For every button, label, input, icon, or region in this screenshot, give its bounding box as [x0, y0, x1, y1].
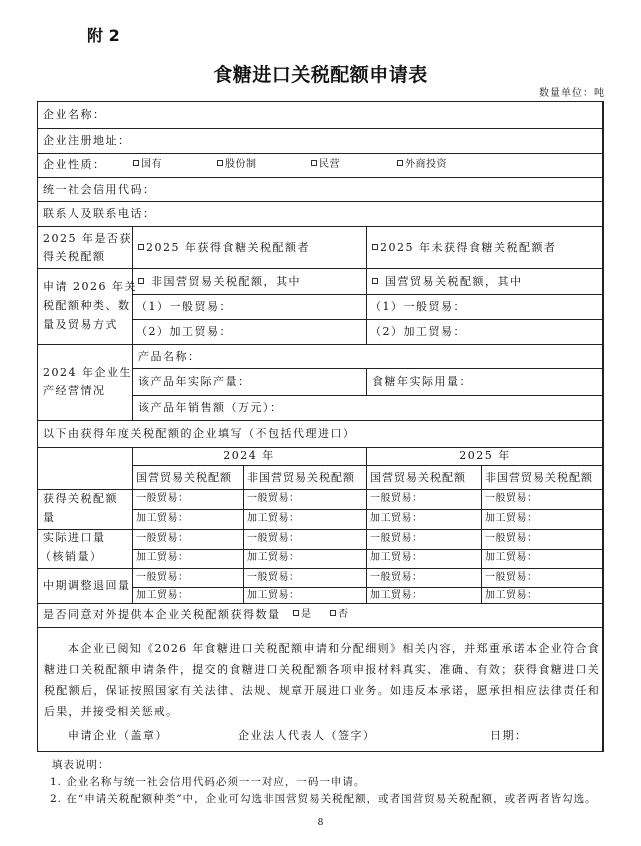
- note-item: 2. 在“申请关税配额种类”中，企业可勾选非国营贸易关税配额，或者国营贸易关税配…: [50, 791, 597, 806]
- obtained-quota-label: 获得关税配额: [43, 493, 118, 504]
- column-header: 非国营贸易关税配额: [247, 472, 355, 483]
- disclosure-yes-option[interactable]: 是: [293, 610, 312, 620]
- return-processing-cell[interactable]: 加工贸易：: [370, 591, 423, 601]
- return-general-cell[interactable]: 一般贸易：: [247, 573, 300, 583]
- row-divider: [37, 489, 604, 490]
- checkbox[interactable]: [372, 244, 378, 250]
- column-header: 国营贸易关税配额: [136, 472, 232, 483]
- apply-2026-label: 申请 2026 年关: [43, 281, 137, 292]
- checkbox[interactable]: [138, 244, 144, 250]
- actual-import-label: 实际进口量: [43, 532, 106, 543]
- row-divider: [37, 153, 604, 154]
- annual-sales-field[interactable]: 该产品年销售额（万元）：: [138, 402, 283, 413]
- nature-option-state-owned[interactable]: 国有: [133, 160, 162, 170]
- column-divider: [132, 226, 133, 420]
- annex-label: 附 2: [87, 23, 120, 46]
- date-label: 日期：: [490, 730, 528, 741]
- quota-2025-label-2: 得关税配额: [43, 251, 106, 262]
- credit-code-field[interactable]: 统一社会信用代码：: [43, 184, 156, 195]
- row-divider: [37, 627, 604, 628]
- row-divider: [132, 549, 604, 550]
- non-state-quota-option[interactable]: 非国营贸易关税配额，其中: [138, 276, 301, 287]
- return-processing-cell[interactable]: 加工贸易：: [485, 591, 538, 601]
- non-state-general-field[interactable]: （1）一般贸易：: [136, 301, 232, 312]
- return-processing-cell[interactable]: 加工贸易：: [136, 591, 189, 601]
- row-divider: [37, 568, 604, 569]
- row-divider: [132, 587, 604, 588]
- checkbox[interactable]: [311, 160, 317, 166]
- row-divider: [37, 344, 604, 345]
- row-divider: [37, 128, 604, 129]
- note-item: 1. 企业名称与统一社会信用代码必须一一对应，一码一申请。: [50, 774, 365, 789]
- row-divider: [37, 226, 604, 227]
- checkbox[interactable]: [293, 610, 299, 616]
- checkbox[interactable]: [330, 610, 336, 616]
- import-general-cell[interactable]: 一般贸易：: [136, 534, 189, 544]
- company-name-field[interactable]: 企业名称：: [43, 109, 106, 120]
- obtained-general-cell[interactable]: 一般贸易：: [247, 494, 300, 504]
- quota-2025-yes-option[interactable]: 2025 年获得食糖关税配额者: [138, 242, 310, 253]
- import-processing-cell[interactable]: 加工贸易：: [247, 553, 300, 563]
- obtained-processing-cell[interactable]: 加工贸易：: [247, 514, 300, 524]
- nature-option-joint-stock[interactable]: 股份制: [217, 160, 257, 170]
- nature-option-foreign[interactable]: 外商投资: [397, 160, 447, 170]
- actual-output-field[interactable]: 该产品年实际产量：: [138, 376, 251, 387]
- quota-2025-no-option[interactable]: 2025 年未获得食糖关税配额者: [372, 242, 557, 253]
- row-divider: [132, 509, 604, 510]
- disclosure-no-option[interactable]: 否: [330, 610, 349, 620]
- actual-import-label-2: （核销量）: [40, 551, 103, 562]
- return-processing-cell[interactable]: 加工贸易：: [247, 591, 300, 601]
- sugar-usage-field[interactable]: 食糖年实际用量：: [372, 376, 472, 387]
- obtained-quota-label-2: 量: [43, 512, 56, 523]
- apply-2026-label-2: 税配额种类、数: [43, 300, 131, 311]
- row-divider: [37, 177, 604, 178]
- midterm-return-label: 中期调整退回量: [43, 580, 131, 591]
- notes-heading: 填表说明：: [52, 757, 110, 772]
- company-seal-label: 申请企业（盖章）: [68, 730, 168, 741]
- column-divider: [243, 465, 244, 603]
- column-header: 国营贸易关税配额: [370, 472, 466, 483]
- row-divider: [37, 603, 604, 604]
- column-divider: [481, 465, 482, 603]
- row-divider: [132, 465, 604, 466]
- state-quota-option[interactable]: 国营贸易关税配额，其中: [372, 276, 523, 287]
- column-divider: [366, 447, 367, 603]
- return-general-cell[interactable]: 一般贸易：: [485, 573, 538, 583]
- page-title: 食糖进口关税配额申请表: [0, 60, 641, 87]
- checkbox[interactable]: [217, 160, 223, 166]
- import-general-cell[interactable]: 一般贸易：: [370, 534, 423, 544]
- row-divider: [132, 319, 604, 320]
- checkbox[interactable]: [133, 160, 139, 166]
- import-processing-cell[interactable]: 加工贸易：: [136, 553, 189, 563]
- page-number: 8: [0, 818, 641, 828]
- import-processing-cell[interactable]: 加工贸易：: [370, 553, 423, 563]
- quota-2025-label: 2025 年是否获: [43, 233, 132, 244]
- production-2024-label: 2024 年企业生: [43, 367, 132, 378]
- state-general-field[interactable]: （1）一般贸易：: [370, 301, 466, 312]
- registered-address-field[interactable]: 企业注册地址：: [43, 135, 131, 146]
- row-divider: [37, 201, 604, 202]
- commitment-paragraph: 本企业已阅知《2026 年食糖进口关税配额申请和分配细则》相关内容，并郑重承诺本…: [44, 638, 600, 722]
- obtained-general-cell[interactable]: 一般贸易：: [370, 494, 423, 504]
- checkbox[interactable]: [372, 278, 378, 284]
- column-divider: [366, 226, 367, 344]
- column-divider: [132, 447, 133, 603]
- column-header: 非国营贸易关税配额: [485, 472, 593, 483]
- checkbox[interactable]: [397, 160, 403, 166]
- row-divider: [37, 420, 604, 421]
- apply-2026-label-3: 量及贸易方式: [43, 319, 118, 330]
- row-divider: [37, 447, 604, 448]
- production-2024-label-2: 产经营情况: [43, 385, 106, 396]
- obtained-processing-cell[interactable]: 加工贸易：: [485, 514, 538, 524]
- obtained-general-cell[interactable]: 一般贸易：: [136, 494, 189, 504]
- import-general-cell[interactable]: 一般贸易：: [247, 534, 300, 544]
- nature-option-private[interactable]: 民营: [311, 160, 340, 170]
- return-general-cell[interactable]: 一般贸易：: [136, 573, 189, 583]
- year-2025-header: 2025 年: [366, 450, 604, 461]
- import-processing-cell[interactable]: 加工贸易：: [485, 553, 538, 563]
- row-divider: [132, 294, 604, 295]
- unit-label: 数量单位：吨: [539, 84, 605, 99]
- checkbox[interactable]: [138, 278, 144, 284]
- column-divider: [366, 368, 367, 395]
- row-divider: [132, 368, 604, 369]
- obtained-general-cell[interactable]: 一般贸易：: [485, 494, 538, 504]
- obtained-processing-cell[interactable]: 加工贸易：: [136, 514, 189, 524]
- disclosure-question: 是否同意对外提供本企业关税配额获得数量: [43, 609, 281, 620]
- legal-rep-signature-label: 企业法人代表人（签字）: [238, 730, 376, 741]
- row-divider: [132, 395, 604, 396]
- contact-field[interactable]: 联系人及联系电话：: [43, 208, 156, 219]
- obtained-processing-cell[interactable]: 加工贸易：: [370, 514, 423, 524]
- year-2024-header: 2024 年: [132, 450, 366, 461]
- product-name-field[interactable]: 产品名称：: [138, 351, 201, 362]
- quota-section-note: 以下由获得年度关税配额的企业填写（不包括代理进口）: [43, 428, 356, 439]
- non-state-processing-field[interactable]: （2）加工贸易：: [136, 326, 232, 337]
- row-divider: [37, 268, 604, 269]
- return-general-cell[interactable]: 一般贸易：: [370, 573, 423, 583]
- state-processing-field[interactable]: （2）加工贸易：: [370, 326, 466, 337]
- row-divider: [37, 529, 604, 530]
- import-general-cell[interactable]: 一般贸易：: [485, 534, 538, 544]
- company-nature-label: 企业性质：: [43, 159, 106, 170]
